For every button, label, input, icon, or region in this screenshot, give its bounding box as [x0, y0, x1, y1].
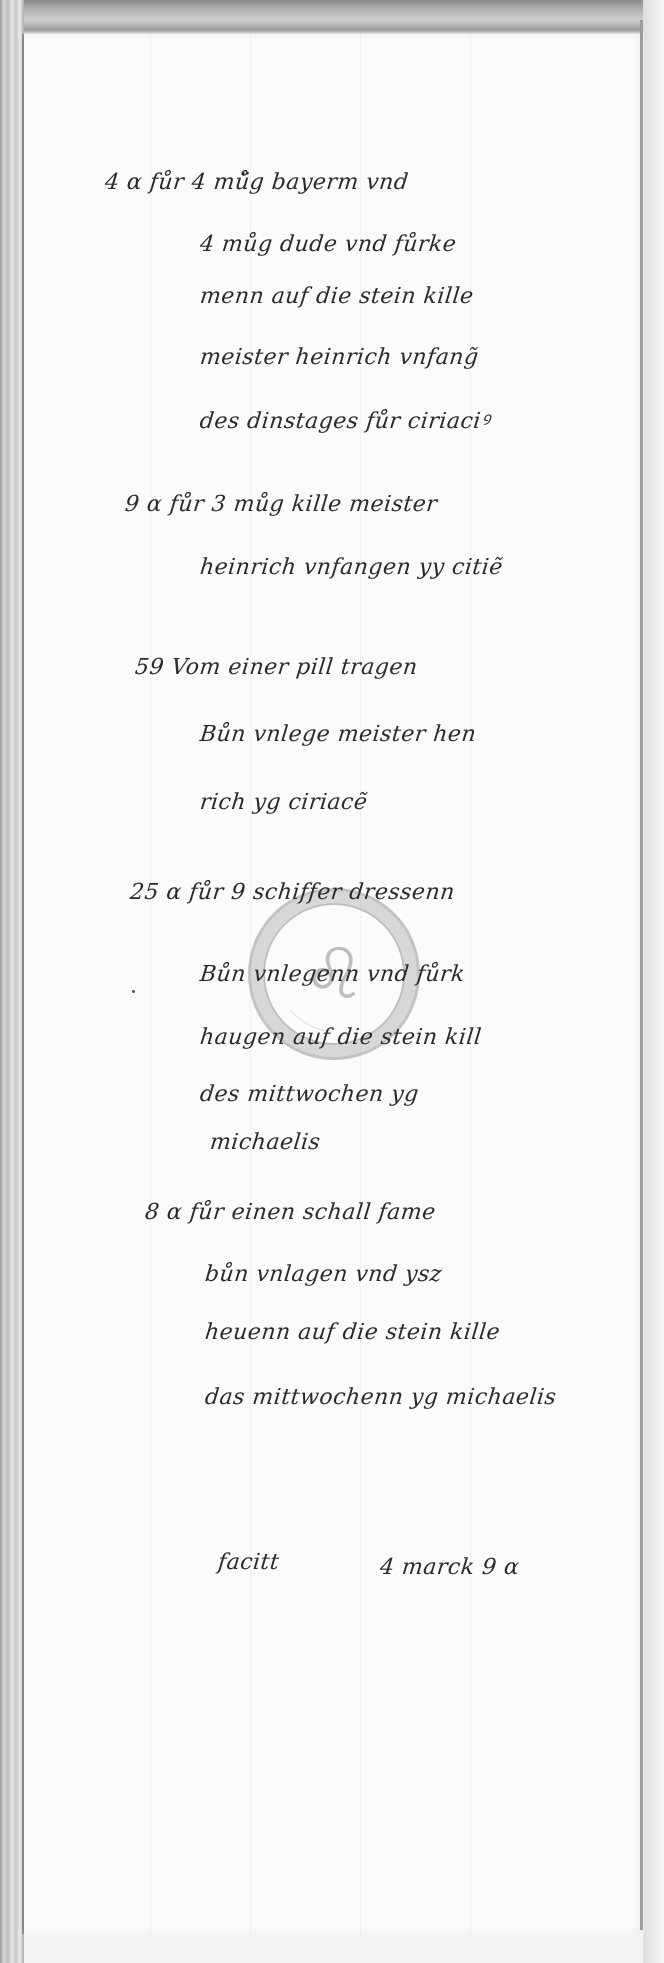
entry-5-line-3: heuenn auf die stein kille: [204, 1320, 502, 1345]
entry-1-line-5: des dinstages fůr ciriaciꝰ: [198, 405, 491, 435]
entry-4-line-3: haugen auf die stein kill: [199, 1025, 483, 1050]
book-edge-left: [0, 0, 24, 1963]
total-value: 4 marck 9 α: [379, 1555, 521, 1580]
entry-5-line-1: 8 ɑ fůr einen schall fame: [144, 1200, 437, 1225]
entry-2-line-2: heinrich vnfangen yy citiẽ: [199, 555, 504, 580]
entry-1-line-3: menn auf die stein kille: [199, 284, 475, 309]
page-right-edge: [640, 20, 643, 1930]
entry-4-line-4: des mittwochen yg: [199, 1082, 420, 1107]
entry-1-line-4: meister heinrich vnfang̃: [199, 345, 480, 370]
entry-5-line-2: bůn vnlagen vnd ysz: [204, 1262, 444, 1287]
entry-3-line-3: rich yg ciriacẽ: [199, 790, 369, 815]
total-label: facitt: [217, 1550, 281, 1575]
entry-4-line-2: Bůn vnlegenn vnd fůrk: [199, 962, 467, 987]
entry-4-line-1: 25 ɑ fůr 9 schiffer dressenn: [129, 880, 456, 905]
ink-dot: [132, 990, 135, 993]
paper-ruling: [150, 34, 151, 1934]
entry-4-line-5: michaelis: [209, 1130, 322, 1155]
entry-2-line-1: 9 ɑ fůr 3 můg kille meister: [124, 492, 439, 517]
entry-1-line-2: 4 můg dude vnd fůrke: [199, 232, 458, 257]
paper-ruling: [470, 34, 471, 1934]
book-edge-top: [0, 0, 664, 34]
entry-3-line-2: Bůn vnlege meister hen: [199, 722, 478, 747]
entry-1-line-1: 4 ɑ fůr 4 mů̈g bayerm vnd: [104, 170, 410, 195]
entry-5-line-4: das mittwochenn yg michaelis: [204, 1385, 558, 1410]
page-right-strip: [643, 0, 664, 1963]
entry-3-line-1: 59 Vom einer pill tragen: [134, 655, 419, 680]
